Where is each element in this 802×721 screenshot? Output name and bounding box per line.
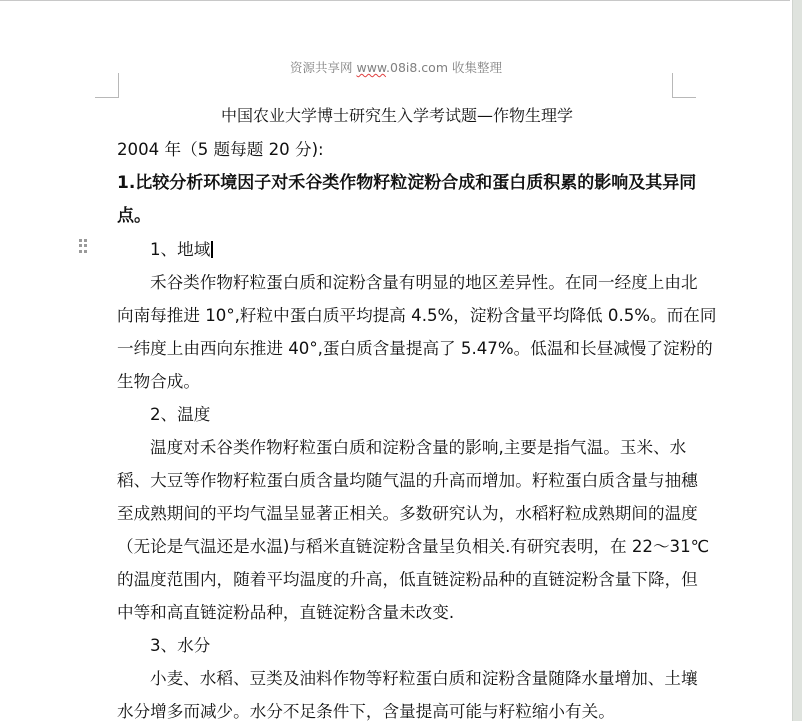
text-cursor	[211, 241, 213, 258]
margin-corner-mark-right	[672, 73, 696, 98]
paragraph-line: 至成熟期间的平均气温呈显著正相关。多数研究认为，水稻籽粒成熟期间的温度	[117, 497, 698, 530]
header-prefix: 资源共享网	[290, 60, 356, 75]
header-url-misspelled: www	[356, 60, 386, 75]
paragraph-line: 水分增多而减少。水分不足条件下，含量提高可能与籽粒缩小有关。	[117, 695, 615, 721]
section-heading-water: 3、水分	[117, 629, 210, 662]
paragraph-line: 的温度范围内，随着平均温度的升高，低直链淀粉品种的直链淀粉含量下降，但	[117, 563, 698, 596]
section-heading-text: 1、地域	[150, 240, 210, 259]
margin-corner-mark-left	[95, 73, 119, 98]
paragraph-line: 稻、大豆等作物籽粒蛋白质含量均随气温的升高而增加。籽粒蛋白质含量与抽穗	[117, 464, 698, 497]
paragraph-line: 生物合成。	[117, 365, 200, 398]
paragraph-line: 禾谷类作物籽粒蛋白质和淀粉含量有明显的地区差异性。在同一经度上由北	[117, 266, 698, 299]
section-heading-region: 1、地域	[117, 233, 213, 266]
paragraph-line: 中等和高直链淀粉品种，直链淀粉含量未改变.	[117, 596, 454, 629]
section-heading-temperature: 2、温度	[117, 398, 210, 431]
paragraph-line: 温度对禾谷类作物籽粒蛋白质和淀粉含量的影响,主要是指气温。玉米、水	[117, 431, 686, 464]
paragraph-line: 小麦、水稻、豆类及油料作物等籽粒蛋白质和淀粉含量随降水量增加、土壤	[117, 662, 698, 695]
header-url-rest: .08i8.com	[386, 60, 448, 75]
page-header: 资源共享网 www.08i8.com 收集整理	[0, 58, 792, 76]
paragraph-line: 向南每推进 10°,籽粒中蛋白质平均提高 4.5%，淀粉含量平均降低 0.5%。…	[117, 299, 716, 332]
header-suffix: 收集整理	[448, 60, 502, 75]
document-subtitle: 2004 年（5 题每题 20 分):	[117, 133, 324, 166]
document-title: 中国农业大学博士研究生入学考试题—作物生理学	[117, 99, 677, 132]
question-1-line-1: 1.比较分析环境因子对禾谷类作物籽粒淀粉合成和蛋白质积累的影响及其异同	[117, 167, 696, 200]
paragraph-line: （无论是气温还是水温)与稻米直链淀粉含量呈负相关.有研究表明，在 22～31℃	[117, 530, 709, 563]
document-page[interactable]: 资源共享网 www.08i8.com 收集整理 中国农业大学博士研究生入学考试题…	[0, 1, 792, 721]
paragraph-line: 一纬度上由西向东推进 40°,蛋白质含量提高了 5.47%。低温和长昼减慢了淀粉…	[117, 332, 713, 365]
vertical-scrollbar[interactable]	[792, 0, 802, 721]
question-1-line-2: 点。	[117, 200, 151, 233]
paragraph-drag-handle-icon[interactable]	[79, 239, 87, 253]
